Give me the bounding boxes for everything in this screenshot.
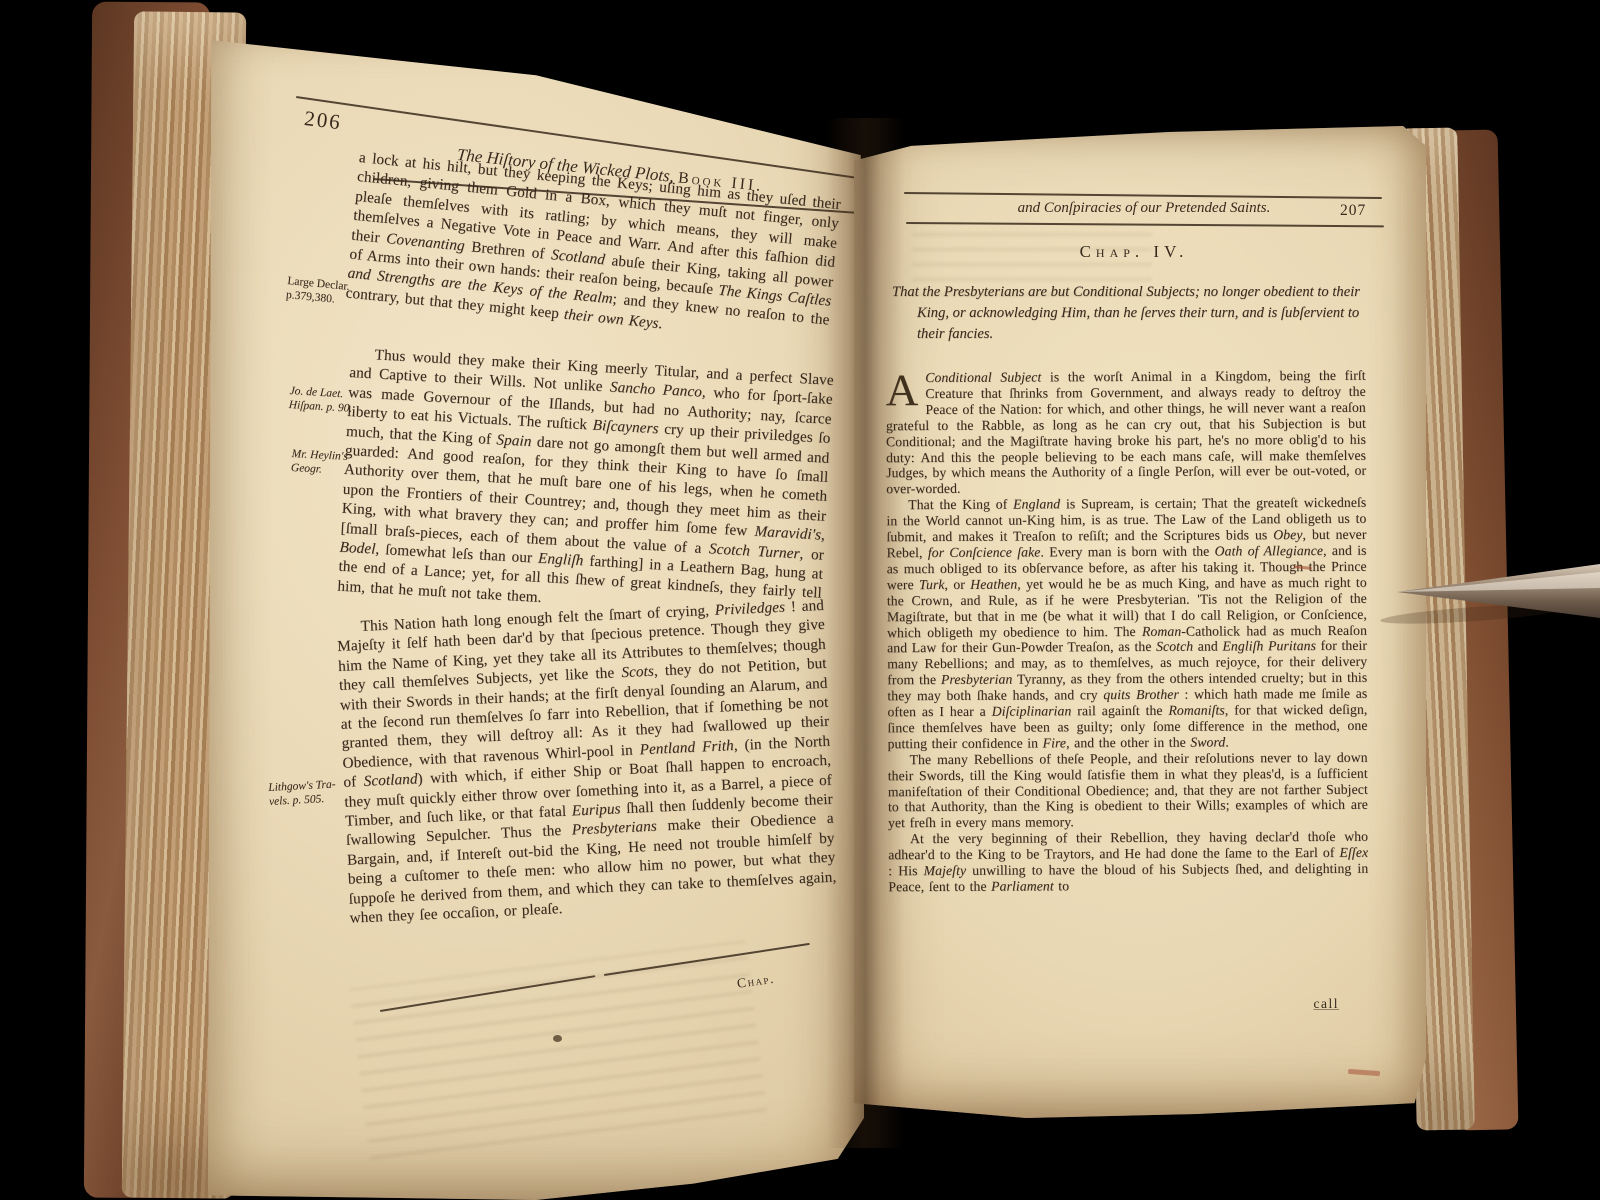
left-page: 206 The Hiſtory of the Wicked Plots, Boo… bbox=[208, 26, 864, 1200]
page-number-left: 206 bbox=[303, 106, 343, 135]
paragraph: AConditional Subject is the worſt Animal… bbox=[886, 368, 1367, 498]
running-title-right: and Conſpiracies of our Pretended Saints… bbox=[964, 200, 1324, 217]
ink-showthrough bbox=[349, 940, 767, 1159]
drop-cap: A bbox=[886, 370, 926, 407]
paragraph: At the very beginning of their Rebellion… bbox=[888, 829, 1368, 895]
paragraph: Thus would they make their King meerly T… bbox=[337, 344, 834, 623]
footer-rule-left bbox=[604, 943, 810, 976]
paragraph-text: Conditional Subject is the worſt Animal … bbox=[886, 368, 1366, 497]
paragraph: This Nation hath long enough felt the ſm… bbox=[336, 596, 838, 928]
book-photo: 206 The Hiſtory of the Wicked Plots, Boo… bbox=[0, 0, 1600, 1200]
red-margin-mark bbox=[1348, 1069, 1380, 1076]
footer-rule-left bbox=[380, 975, 596, 1012]
body-text-right: AConditional Subject is the worſt Animal… bbox=[886, 368, 1369, 895]
page-number-right: 207 bbox=[1340, 202, 1366, 220]
catchword-right: call bbox=[887, 996, 1339, 1012]
header-rule-top-right bbox=[904, 192, 1382, 199]
paragraph: The many Rebellions of theſe People, and… bbox=[888, 749, 1368, 831]
catchword-left: Chap. bbox=[736, 971, 776, 992]
right-page: and Conſpiracies of our Pretended Saints… bbox=[854, 126, 1426, 1118]
chapter-heading: Chap. IV. bbox=[894, 242, 1374, 262]
chapter-argument: That the Presbyterians are but Condition… bbox=[892, 282, 1365, 345]
ink-spot bbox=[553, 1035, 562, 1042]
header-rule-bottom-right bbox=[906, 222, 1384, 227]
paragraph: That the King of England is Supream, is … bbox=[886, 495, 1367, 752]
